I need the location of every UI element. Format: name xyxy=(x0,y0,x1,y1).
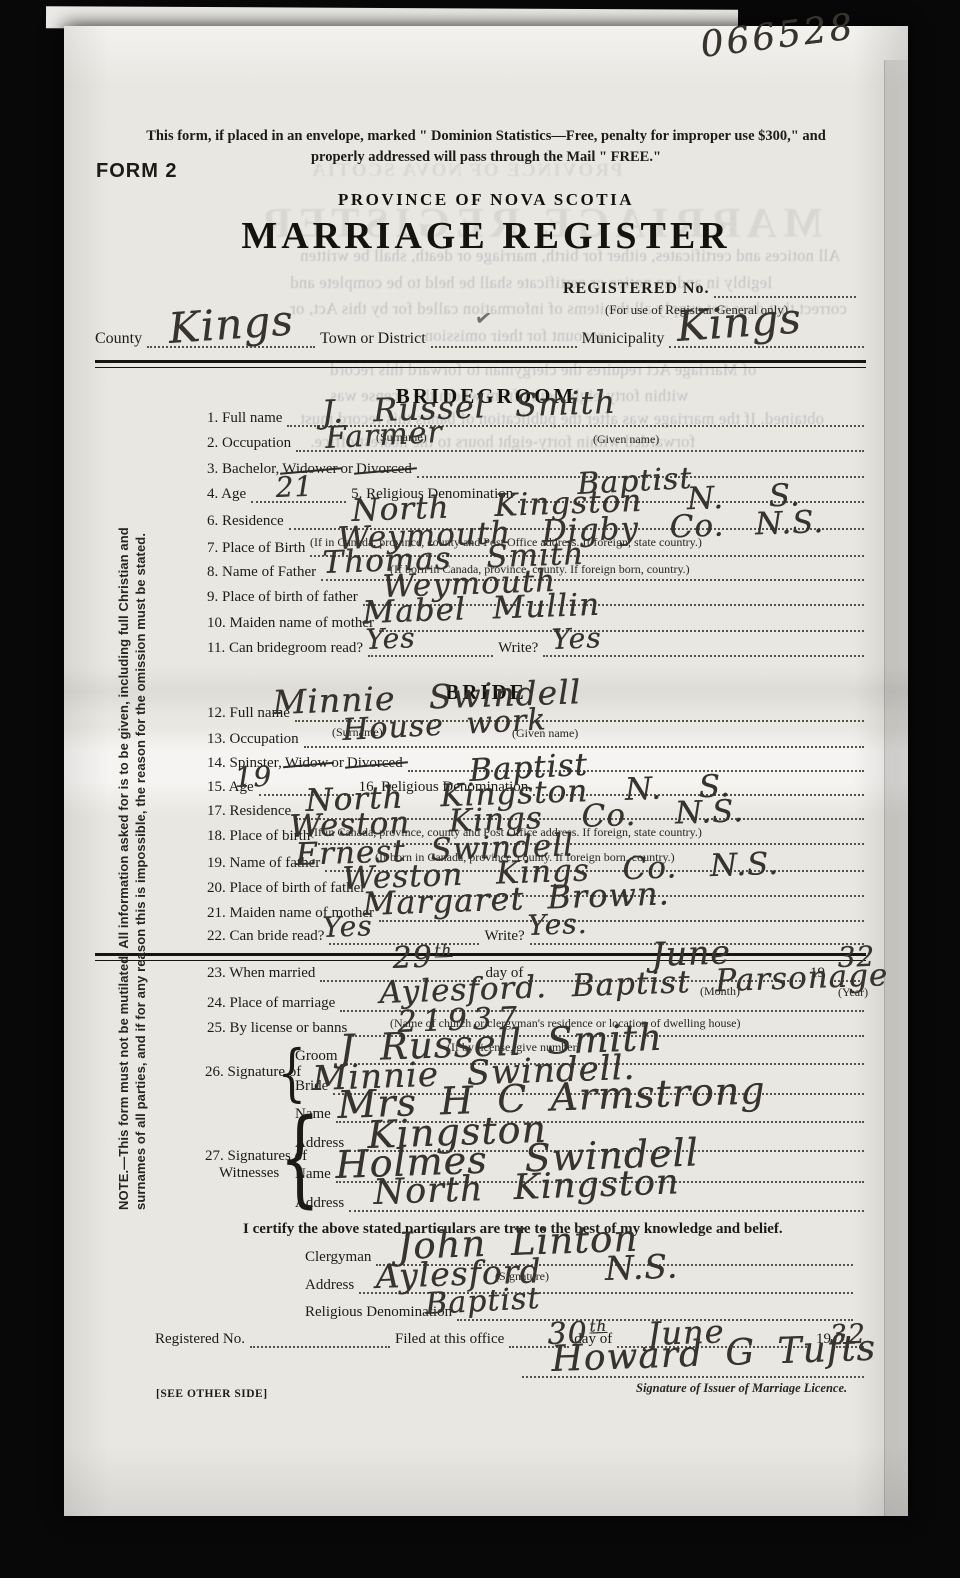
section-divider xyxy=(95,953,866,961)
field-label: 11. Can bridegroom read? xyxy=(207,640,366,657)
handwriting-clergyman-denomination: Baptist xyxy=(424,1284,541,1320)
registered-no-field: REGISTERED No. xyxy=(563,282,858,298)
handwriting-bride-write: Yes. xyxy=(527,910,588,940)
status-or: or xyxy=(331,755,347,772)
field-label: 23. When married xyxy=(207,965,318,982)
status-divorced-struck: Divorced xyxy=(347,755,406,772)
field-label-age: 4. Age xyxy=(207,486,249,503)
status-or: or xyxy=(341,461,357,478)
handwriting-bridegroom-read: Yes xyxy=(365,624,416,654)
county-label: County xyxy=(95,330,145,348)
status-widow-struck: Widow xyxy=(285,755,332,772)
field-label: 1. Full name xyxy=(207,410,285,427)
page-title: MARRIAGE REGISTER xyxy=(0,214,960,258)
field-label: 24. Place of marriage xyxy=(207,995,338,1012)
handwriting-bridegroom-occupation: Farmer xyxy=(324,418,443,454)
scanned-marriage-register-page: PROVINCE OF NOVA SCOTIA MARRIAGE REGISTE… xyxy=(0,0,960,1578)
second-sheet-edge xyxy=(884,60,909,1516)
field-label: 9. Place of birth of father xyxy=(207,589,361,606)
handwriting-bridegroom-age: 21 xyxy=(275,473,314,502)
form-number-label: FORM 2 xyxy=(96,160,178,183)
field-label: 13. Occupation xyxy=(207,731,302,748)
ink-check-mark: ✔ xyxy=(473,305,493,332)
dotted-line xyxy=(431,343,577,348)
status-divorced-struck: Divorced xyxy=(356,461,415,478)
handwriting-bride-age: 19 xyxy=(234,763,273,792)
clergyman-label: Clergyman xyxy=(305,1249,374,1266)
field-bridegroom-occupation: 2. Occupation xyxy=(207,436,866,452)
municipality-label: Municipality xyxy=(579,330,668,348)
filed-at-office-label: Filed at this office xyxy=(392,1331,507,1348)
mailing-notice-line1: This form, if placed in an envelope, mar… xyxy=(146,128,826,145)
registered-no-label: REGISTERED No. xyxy=(563,280,712,298)
mailing-notice-line2: properly addressed will pass through the… xyxy=(146,149,826,166)
filed-day-ordinal: th xyxy=(589,1317,607,1336)
field-bridegroom-read-write: 11. Can bridegroom read? Write? xyxy=(207,641,866,657)
dotted-line xyxy=(250,1343,390,1348)
town-district-label: Town or District xyxy=(317,330,429,348)
field-label: 6. Residence xyxy=(207,513,287,530)
write-label: Write? xyxy=(481,928,527,945)
handwriting-bride-read: Yes xyxy=(322,912,373,942)
address-label: Address xyxy=(305,1277,357,1294)
field-label: 7. Place of Birth xyxy=(207,540,308,557)
section-divider xyxy=(95,360,866,368)
margin-note-line1: NOTE.—This form must not be mutilated. A… xyxy=(116,562,133,1210)
handwriting-bridegroom-write: Yes xyxy=(551,624,602,654)
field-label: 8. Name of Father xyxy=(207,564,319,581)
margin-note-vertical: NOTE.—This form must not be mutilated. A… xyxy=(116,562,149,1210)
field-label: 3. Bachelor, xyxy=(207,461,282,478)
field-label: 25. By license or banns xyxy=(207,1020,350,1037)
name-label: Name xyxy=(295,1106,334,1123)
write-label: Write? xyxy=(495,640,541,657)
day-ordinal: th xyxy=(434,941,452,960)
issuer-signature-subnote: Signature of Issuer of Marriage Licence. xyxy=(636,1381,847,1396)
field-label: 2. Occupation xyxy=(207,435,294,452)
handwriting-municipality: Kings xyxy=(675,297,803,348)
handwriting-marriage-day: 29th xyxy=(392,942,453,974)
see-other-side-note: [SEE OTHER SIDE] xyxy=(156,1388,268,1400)
address-label: Address xyxy=(295,1195,347,1212)
province-heading: PROVINCE OF NOVA SCOTIA xyxy=(0,190,960,210)
field-label: 22. Can bride read? xyxy=(207,928,327,945)
field-label: 10. Maiden name of mother xyxy=(207,615,377,632)
handwriting-county: Kings xyxy=(167,299,295,350)
day-number: 29 xyxy=(392,940,433,976)
margin-note-line2: surnames of all parties, and if for any … xyxy=(133,562,150,1210)
registered-no-label: Registered No. xyxy=(155,1331,248,1348)
name-label: Name xyxy=(295,1166,334,1183)
field-label: 17. Residence xyxy=(207,803,294,820)
handwriting-bride-mother: Margaret Brown. xyxy=(362,877,670,920)
